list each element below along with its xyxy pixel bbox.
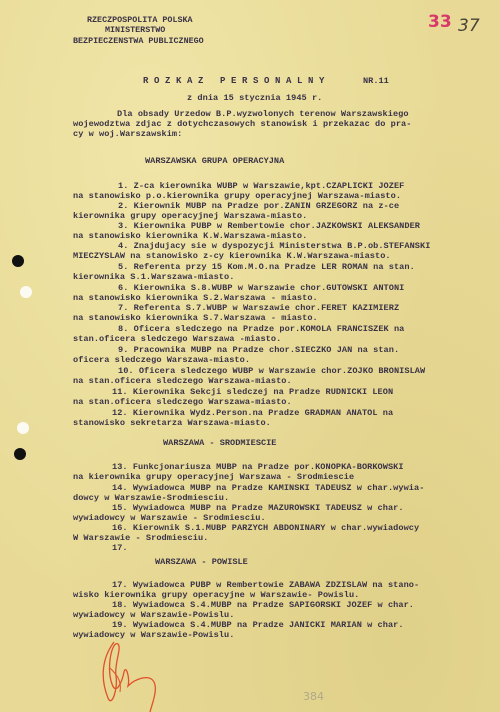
- list-line: W Warszawie - Srodmiesciu.: [73, 533, 208, 543]
- section-heading: WARSZAWA - SRODMIESCIE: [163, 438, 276, 448]
- list-line: 14. Wywiadowca MUBP na Pradze KAMINSKI T…: [112, 483, 424, 493]
- intro-line: wojewodztwa zdjac z dotychczasowych stan…: [73, 119, 411, 129]
- list-line: 16. Kierownik S.1.MUBP PARZYCH ABDONINAR…: [112, 523, 419, 533]
- document-title: ROZKAZ PERSONALNY: [143, 76, 330, 86]
- archive-number-red: 33: [428, 12, 452, 32]
- list-line: 8. Oficera sledczego na Pradze por.KOMOL…: [118, 324, 404, 334]
- list-line: dowcy w Warszawie-Srodmiesciu.: [73, 493, 229, 503]
- archive-number-bottom: 384: [303, 690, 324, 703]
- punch-hole: [17, 422, 29, 434]
- list-line: na stanowisko kierownika K.W.Warszawa-mi…: [73, 231, 307, 241]
- punch-hole: [14, 448, 26, 460]
- list-line: na stanowisko p.o.kierownika grupy opera…: [73, 191, 401, 201]
- section-heading: WARSZAWA - POWISLE: [155, 557, 248, 567]
- list-line: 9. Pracownika MUBP na Pradze chor.SIECZK…: [118, 345, 399, 355]
- list-line: 12. Kierownika Wydz.Person.na Pradze GRA…: [112, 408, 393, 418]
- letterhead-line-3: BEZPIECZENSTWA PUBLICZNEGO: [73, 36, 204, 46]
- punch-hole: [12, 255, 24, 267]
- list-line: 5. Referenta przy 15 Kom.M.O.na Pradze L…: [118, 262, 415, 272]
- list-line: MIECZYSLAW na stanowisko z-cy kierownika…: [73, 251, 391, 261]
- list-line: 3. Kierownika PUBP w Rembertowie chor.JA…: [118, 221, 420, 231]
- punch-hole: [20, 286, 32, 298]
- list-line: 17.: [112, 543, 128, 553]
- list-line: 19. Wywiadowca S.4.MUBP na Pradze JANICK…: [112, 620, 404, 630]
- list-line: 18. Wywiadowca S.4.MUBP na Pradze SAPIGO…: [112, 600, 414, 610]
- intro-line: cy w woj.Warszawskim:: [73, 129, 182, 139]
- document-page: RZECZPOSPOLITA POLSKA MINISTERSTWO BEZPI…: [0, 0, 500, 712]
- list-line: na stanowisko kierownika S.2.Warszawa - …: [73, 293, 318, 303]
- list-line: 15. Wywiadowca MUBP na Pradze MAZUROWSKI…: [112, 503, 404, 513]
- list-line: wywiadowcy w Warszawie - Srodmiesciu.: [73, 513, 266, 523]
- list-line: oficera sledczego Warszawa-miasto.: [73, 355, 250, 365]
- list-line: 13. Funkcjonariusza MUBP na Pradze por.K…: [112, 462, 404, 472]
- section-heading: WARSZAWSKA GRUPA OPERACYJNA: [145, 156, 284, 166]
- list-line: stan.oficera sledczego Warszawa -miasto.: [73, 334, 281, 344]
- list-line: 7. Referenta S.7.WUBP w Warszawie chor.F…: [118, 303, 399, 313]
- list-line: 17. Wywiadowca PUBP w Rembertowie ZABAWA…: [112, 580, 419, 590]
- list-line: na stanowisko kierownika S.7.Warszawa - …: [73, 313, 318, 323]
- list-line: 4. Znajdujacy sie w dyspozycji Ministers…: [118, 241, 430, 251]
- list-line: 1. Z-ca kierownika WUBP w Warszawie,kpt.…: [118, 181, 404, 191]
- letterhead-line-2: MINISTERSTWO: [105, 25, 165, 35]
- list-line: 10. Oficera sledczego WUBP w Warszawie c…: [118, 366, 425, 376]
- list-line: na stan.oficera sledczego Warszawa-miast…: [73, 397, 292, 407]
- archive-number-pencil: 37: [458, 16, 480, 36]
- list-line: stanowisko sekretarza Warszawa-miasto.: [73, 418, 271, 428]
- list-line: wisko kierownika grupy operacyjne w Wars…: [73, 590, 359, 600]
- list-line: kierownika grupy operacyjnej Warszawa-mi…: [73, 211, 307, 221]
- list-line: na stan.oficera sledczego Warszawa-miast…: [73, 376, 292, 386]
- letterhead-line-1: RZECZPOSPOLITA POLSKA: [87, 15, 193, 25]
- document-date: z dnia 15 stycznia 1945 r.: [187, 93, 322, 103]
- intro-line: Dla obsady Urzedow B.P.wyzwolonych teren…: [117, 109, 409, 119]
- list-line: wywiadowcy w Warszawie-Powislu.: [73, 610, 234, 620]
- list-line: kierownika S.1.Warszawa-miasto.: [73, 272, 234, 282]
- list-line: 2. Kierownik MUBP na Pradze por.ZANIN GR…: [118, 201, 399, 211]
- list-line: 11. Kierownika Sekcji sledczej na Pradze…: [112, 387, 393, 397]
- list-line: 6. Kierownika S.8.WUBP w Warszawie chor.…: [118, 283, 404, 293]
- list-line: na kierownika grupy operacyjnej Warszawa…: [73, 472, 354, 482]
- signature-mark: [92, 638, 172, 712]
- document-number: NR.11: [363, 76, 389, 86]
